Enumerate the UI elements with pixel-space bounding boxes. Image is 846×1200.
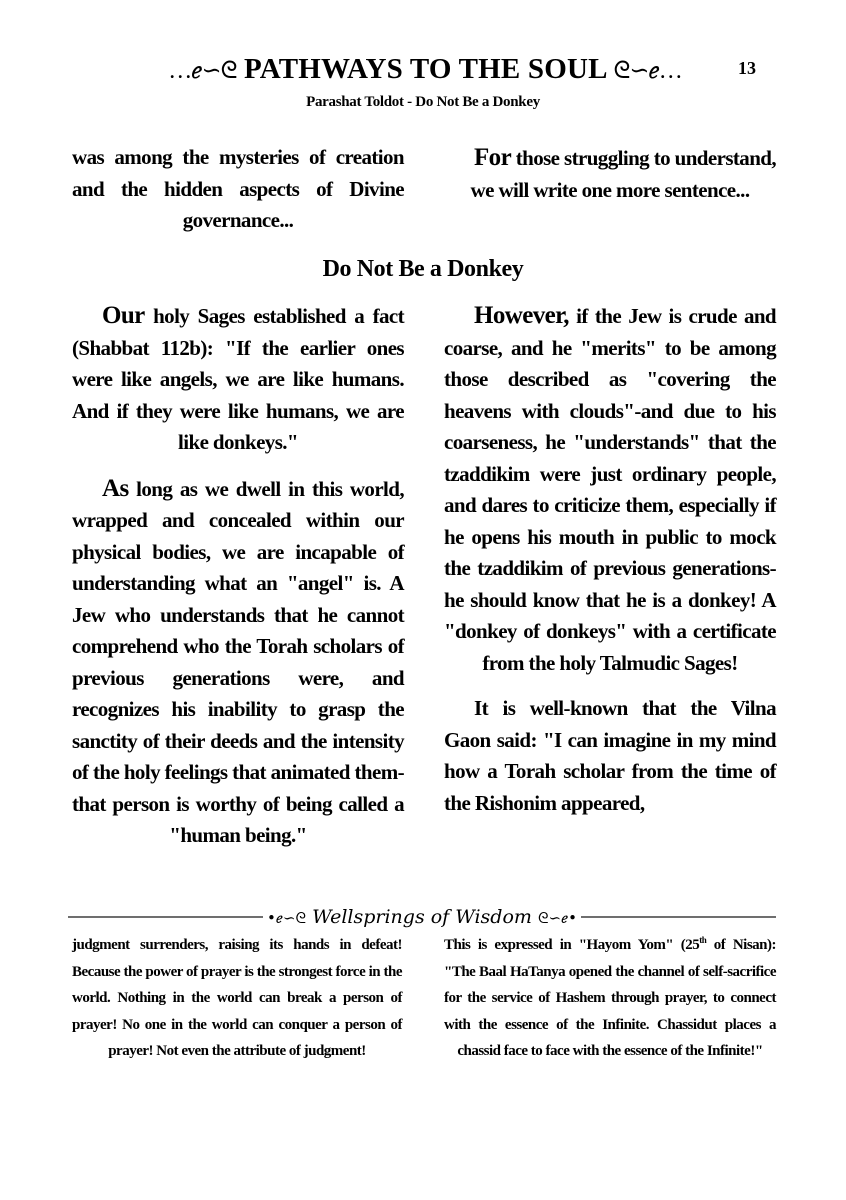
flourish-ornament-right-icon: ᘓ∽ℯ• [538, 909, 577, 927]
footnote-right: This is expressed in "Hayom Yom" (25th o… [444, 932, 776, 1065]
paragraph-lead-word: As [102, 475, 129, 502]
paragraph-lead-word: However, [474, 302, 569, 329]
page-number: 13 [738, 58, 756, 79]
paragraph: was among the mysteries of creation and … [72, 142, 404, 237]
book-title-text: PATHWAYS TO THE SOUL [244, 53, 606, 85]
paragraph: As long as we dwell in this world, wrapp… [72, 473, 404, 852]
section-heading: Do Not Be a Donkey [0, 256, 846, 283]
divider-title: •ℯ∽ᘓ Wellsprings of Wisdom ᘓ∽ℯ• [263, 906, 581, 928]
right-column: However, if the Jew is crude and coarse,… [444, 300, 776, 819]
divider-line [68, 916, 263, 918]
wellsprings-divider: •ℯ∽ᘓ Wellsprings of Wisdom ᘓ∽ℯ• [68, 902, 776, 932]
flourish-ornament-right-icon: ᘓ∽ℯ… [614, 58, 682, 84]
paragraph: Our holy Sages established a fact (Shabb… [72, 300, 404, 459]
footnote-left: judgment surrenders, raising its hands i… [72, 932, 402, 1065]
top-left-continuation: was among the mysteries of creation and … [72, 142, 404, 237]
paragraph: For those struggling to understand, we w… [444, 142, 776, 206]
paragraph-lead-word: Our [102, 302, 145, 329]
paragraph-lead-word: For [474, 144, 511, 171]
book-title: …ℯ∽ᘓ PATHWAYS TO THE SOUL ᘓ∽ℯ… [130, 44, 720, 96]
paragraph: However, if the Jew is crude and coarse,… [444, 300, 776, 679]
left-column: Our holy Sages established a fact (Shabb… [72, 300, 404, 852]
top-right-continuation: For those struggling to understand, we w… [444, 142, 776, 206]
divider-title-text: Wellsprings of Wisdom [312, 906, 532, 928]
divider-line [581, 916, 776, 918]
paragraph: This is expressed in "Hayom Yom" (25th o… [444, 932, 776, 1065]
running-header: …ℯ∽ᘓ PATHWAYS TO THE SOUL ᘓ∽ℯ… 13 [0, 44, 846, 94]
paragraph: judgment surrenders, raising its hands i… [72, 932, 402, 1065]
flourish-ornament-left-icon: …ℯ∽ᘓ [168, 58, 236, 84]
chapter-subtitle: Parashat Toldot - Do Not Be a Donkey [0, 94, 846, 111]
paragraph: It is well-known that the Vilna Gaon sai… [444, 693, 776, 819]
flourish-ornament-left-icon: •ℯ∽ᘓ [267, 909, 306, 927]
